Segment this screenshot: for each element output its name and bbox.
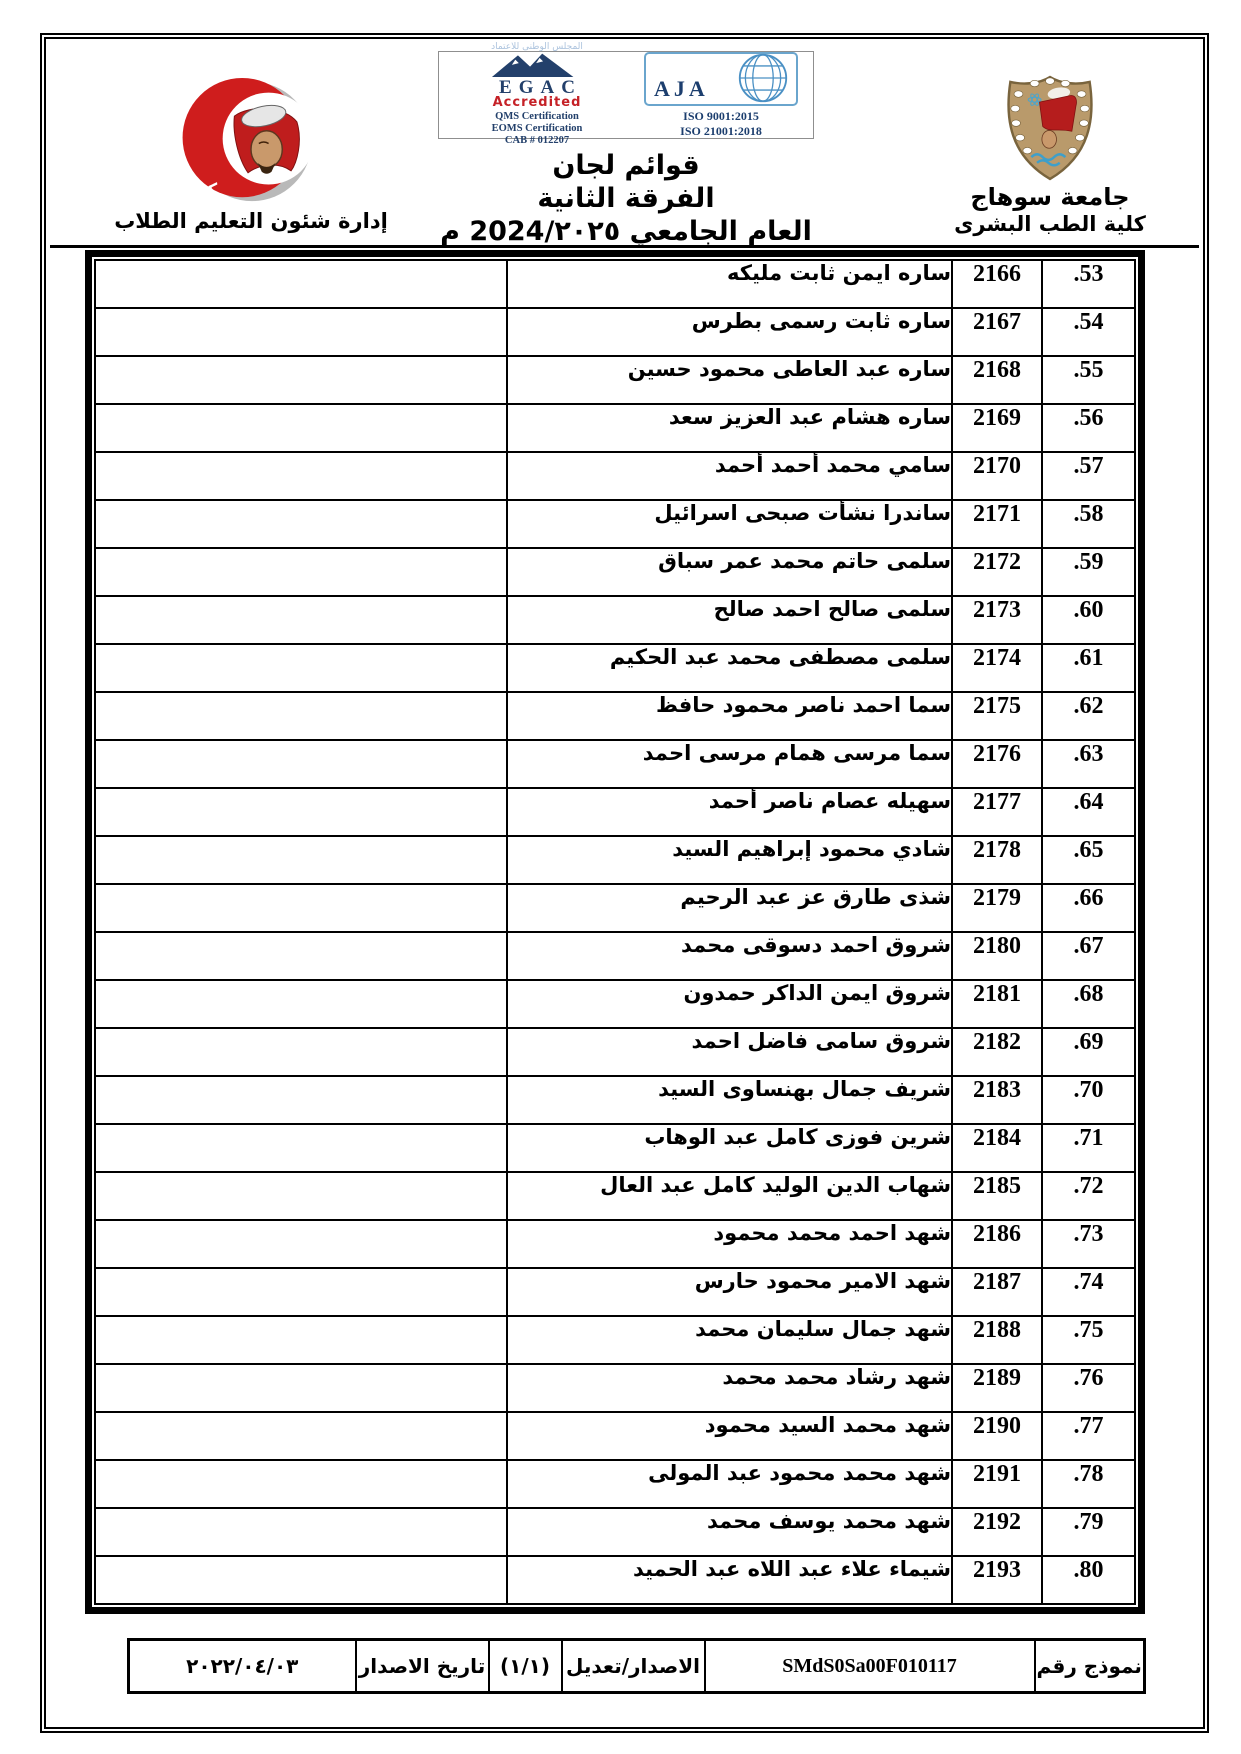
signature-cell: [95, 500, 507, 548]
student-name-cell: شروق سامى فاضل احمد: [507, 1028, 952, 1076]
form-info-table: نموذج رقم SMdS0Sa00F010117 الاصدار/تعديل…: [130, 1638, 1146, 1694]
student-row: .57 2170 سامي محمد أحمد أحمد: [95, 452, 1135, 500]
student-row: .76 2189 شهد رشاد محمد محمد: [95, 1364, 1135, 1412]
seat-number-cell: 2174: [952, 644, 1042, 692]
row-number-cell: .69: [1042, 1028, 1135, 1076]
seat-number-cell: 2170: [952, 452, 1042, 500]
row-number-cell: .70: [1042, 1076, 1135, 1124]
row-number-cell: .68: [1042, 980, 1135, 1028]
row-number-cell: .66: [1042, 884, 1135, 932]
student-name-cell: سلمى مصطفى محمد عبد الحكيم: [507, 644, 952, 692]
row-number-cell: .59: [1042, 548, 1135, 596]
signature-cell: [95, 356, 507, 404]
row-number-cell: .74: [1042, 1268, 1135, 1316]
row-number-cell: .61: [1042, 644, 1135, 692]
student-name-cell: سهيله عصام ناصر أحمد: [507, 788, 952, 836]
sohag-university-shield-icon: [991, 73, 1109, 183]
medicine-logo-block: جامعة سوهاج كلية الطب إدارة شئون التعليم…: [106, 77, 396, 233]
signature-cell: [95, 1076, 507, 1124]
seat-number-cell: 2180: [952, 932, 1042, 980]
seat-number-cell: 2184: [952, 1124, 1042, 1172]
students-table: .53 2166 ساره ايمن ثابت مليكه .54 2167 س…: [85, 250, 1145, 1614]
student-row: .80 2193 شيماء علاء عبد اللاه عبد الحميد: [95, 1556, 1135, 1604]
signature-cell: [95, 1364, 507, 1412]
student-row: .53 2166 ساره ايمن ثابت مليكه: [95, 260, 1135, 308]
student-row: .58 2171 ساندرا نشأت صبحى اسرائيل: [95, 500, 1135, 548]
row-number-cell: .55: [1042, 356, 1135, 404]
row-number-cell: .60: [1042, 596, 1135, 644]
student-name-cell: ساره ثابت رسمى بطرس: [507, 308, 952, 356]
student-row: .74 2187 شهد الامير محمود حارس: [95, 1268, 1135, 1316]
student-name-cell: شروق ايمن الداكر حمدون: [507, 980, 952, 1028]
student-row: .56 2169 ساره هشام عبد العزيز سعد: [95, 404, 1135, 452]
egac-cert-line-1: QMS Certification: [447, 111, 627, 123]
signature-cell: [95, 260, 507, 308]
university-name: جامعة سوهاج: [925, 183, 1175, 211]
student-row: .55 2168 ساره عبد العاطى محمود حسين: [95, 356, 1135, 404]
row-number-cell: .54: [1042, 308, 1135, 356]
seat-number-cell: 2187: [952, 1268, 1042, 1316]
seat-number-cell: 2193: [952, 1556, 1042, 1604]
student-name-cell: شهد رشاد محمد محمد: [507, 1364, 952, 1412]
row-number-cell: .80: [1042, 1556, 1135, 1604]
issue-date-label: تاريخ الاصدار: [356, 1640, 489, 1693]
row-number-cell: .78: [1042, 1460, 1135, 1508]
student-row: .54 2167 ساره ثابت رسمى بطرس: [95, 308, 1135, 356]
form-number-label: نموذج رقم: [1035, 1640, 1145, 1693]
egac-mountains-icon: [482, 51, 592, 77]
page-title-lists: قوائم لجان: [386, 149, 866, 182]
signature-cell: [95, 1412, 507, 1460]
seat-number-cell: 2179: [952, 884, 1042, 932]
seat-number-cell: 2172: [952, 548, 1042, 596]
student-name-cell: شهد احمد محمد محمود: [507, 1220, 952, 1268]
seat-number-cell: 2185: [952, 1172, 1042, 1220]
seat-number-cell: 2192: [952, 1508, 1042, 1556]
signature-cell: [95, 1268, 507, 1316]
header-divider-rule: [50, 245, 1199, 248]
student-name-cell: سما مرسى همام مرسى احمد: [507, 740, 952, 788]
student-row: .75 2188 شهد جمال سليمان محمد: [95, 1316, 1135, 1364]
student-row: .77 2190 شهد محمد السيد محمود: [95, 1412, 1135, 1460]
aja-globe-icon: [734, 52, 792, 104]
page-title-grade: الفرقة الثانية: [386, 182, 866, 215]
student-row: .64 2177 سهيله عصام ناصر أحمد: [95, 788, 1135, 836]
signature-cell: [95, 1316, 507, 1364]
seat-number-cell: 2175: [952, 692, 1042, 740]
row-number-cell: .62: [1042, 692, 1135, 740]
seat-number-cell: 2182: [952, 1028, 1042, 1076]
seat-number-cell: 2188: [952, 1316, 1042, 1364]
form-code: SMdS0Sa00F010117: [705, 1640, 1035, 1693]
student-name-cell: سامي محمد أحمد أحمد: [507, 452, 952, 500]
student-name-cell: شادي محمود إبراهيم السيد: [507, 836, 952, 884]
row-number-cell: .58: [1042, 500, 1135, 548]
signature-cell: [95, 452, 507, 500]
student-row: .71 2184 شرين فوزى كامل عبد الوهاب: [95, 1124, 1135, 1172]
student-name-cell: شذى طارق عز عبد الرحيم: [507, 884, 952, 932]
row-number-cell: .63: [1042, 740, 1135, 788]
signature-cell: [95, 548, 507, 596]
row-number-cell: .79: [1042, 1508, 1135, 1556]
student-name-cell: شهد جمال سليمان محمد: [507, 1316, 952, 1364]
signature-cell: [95, 884, 507, 932]
student-name-cell: شهد محمد يوسف محمد: [507, 1508, 952, 1556]
student-row: .63 2176 سما مرسى همام مرسى احمد: [95, 740, 1135, 788]
faculty-name: كلية الطب البشرى: [925, 211, 1175, 237]
seat-number-cell: 2176: [952, 740, 1042, 788]
seat-number-cell: 2178: [952, 836, 1042, 884]
signature-cell: [95, 1220, 507, 1268]
aja-iso-line-2: ISO 21001:2018: [637, 124, 805, 138]
aja-acronym: AJA: [654, 76, 709, 102]
row-number-cell: .72: [1042, 1172, 1135, 1220]
seat-number-cell: 2171: [952, 500, 1042, 548]
student-rows: .53 2166 ساره ايمن ثابت مليكه .54 2167 س…: [95, 260, 1135, 1604]
signature-cell: [95, 1028, 507, 1076]
seat-number-cell: 2186: [952, 1220, 1042, 1268]
seat-number-cell: 2191: [952, 1460, 1042, 1508]
header-center: المجلس الوطنى للاعتماد EGAC Accredited Q…: [386, 51, 866, 248]
seat-number-cell: 2189: [952, 1364, 1042, 1412]
page-frame: جامعة سوهاج كلية الطب إدارة شئون التعليم…: [40, 33, 1209, 1733]
egac-cert-line-3: CAB # 012207: [447, 135, 627, 147]
signature-cell: [95, 644, 507, 692]
student-row: .59 2172 سلمى حاتم محمد عمر سباق: [95, 548, 1135, 596]
egac-accreditation-logo: المجلس الوطنى للاعتماد EGAC Accredited Q…: [447, 43, 627, 147]
student-name-cell: ساره هشام عبد العزيز سعد: [507, 404, 952, 452]
signature-cell: [95, 1460, 507, 1508]
seat-number-cell: 2166: [952, 260, 1042, 308]
row-number-cell: .65: [1042, 836, 1135, 884]
page-titles: قوائم لجان الفرقة الثانية العام الجامعي …: [386, 149, 866, 248]
seat-number-cell: 2181: [952, 980, 1042, 1028]
student-name-cell: سلمى حاتم محمد عمر سباق: [507, 548, 952, 596]
student-name-cell: شرين فوزى كامل عبد الوهاب: [507, 1124, 952, 1172]
student-name-cell: ساندرا نشأت صبحى اسرائيل: [507, 500, 952, 548]
seat-number-cell: 2183: [952, 1076, 1042, 1124]
student-name-cell: سلمى صالح احمد صالح: [507, 596, 952, 644]
student-row: .70 2183 شريف جمال بهنساوى السيد: [95, 1076, 1135, 1124]
student-row: .67 2180 شروق احمد دسوقى محمد: [95, 932, 1135, 980]
signature-cell: [95, 1556, 507, 1604]
student-row: .61 2174 سلمى مصطفى محمد عبد الحكيم: [95, 644, 1135, 692]
student-name-cell: شريف جمال بهنساوى السيد: [507, 1076, 952, 1124]
row-number-cell: .64: [1042, 788, 1135, 836]
student-row: .69 2182 شروق سامى فاضل احمد: [95, 1028, 1135, 1076]
row-number-cell: .57: [1042, 452, 1135, 500]
department-caption: إدارة شئون التعليم الطلاب: [106, 209, 396, 233]
student-name-cell: شهد محمد محمود عبد المولى: [507, 1460, 952, 1508]
signature-cell: [95, 836, 507, 884]
student-name-cell: ساره عبد العاطى محمود حسين: [507, 356, 952, 404]
egac-council-arc-text: المجلس الوطنى للاعتماد: [447, 43, 627, 52]
student-row: .72 2185 شهاب الدين الوليد كامل عبد العا…: [95, 1172, 1135, 1220]
student-row: .60 2173 سلمى صالح احمد صالح: [95, 596, 1135, 644]
row-number-cell: .53: [1042, 260, 1135, 308]
signature-cell: [95, 308, 507, 356]
crescent-logo-bottom-text: كلية الطب: [148, 180, 220, 207]
student-name-cell: شهاب الدين الوليد كامل عبد العال: [507, 1172, 952, 1220]
document-page: { "header": { "university_block": { "uni…: [0, 0, 1241, 1754]
row-number-cell: .67: [1042, 932, 1135, 980]
student-row: .66 2179 شذى طارق عز عبد الرحيم: [95, 884, 1135, 932]
page-title-academic-year: العام الجامعي 2024/٢٠٢٥ م: [386, 215, 866, 248]
signature-cell: [95, 1172, 507, 1220]
student-name-cell: شيماء علاء عبد اللاه عبد الحميد: [507, 1556, 952, 1604]
row-number-cell: .77: [1042, 1412, 1135, 1460]
student-row: .62 2175 سما احمد ناصر محمود حافظ: [95, 692, 1135, 740]
signature-cell: [95, 1124, 507, 1172]
revision-value: (١/١): [489, 1640, 562, 1693]
seat-number-cell: 2168: [952, 356, 1042, 404]
signature-cell: [95, 788, 507, 836]
student-row: .73 2186 شهد احمد محمد محمود: [95, 1220, 1135, 1268]
student-row: .79 2192 شهد محمد يوسف محمد: [95, 1508, 1135, 1556]
student-name-cell: سما احمد ناصر محمود حافظ: [507, 692, 952, 740]
signature-cell: [95, 596, 507, 644]
aja-accreditation-logo: AJA ISO 9001:2015 ISO 21001:2018: [637, 52, 805, 138]
signature-cell: [95, 980, 507, 1028]
seat-number-cell: 2190: [952, 1412, 1042, 1460]
seat-number-cell: 2177: [952, 788, 1042, 836]
student-row: .65 2178 شادي محمود إبراهيم السيد: [95, 836, 1135, 884]
seat-number-cell: 2169: [952, 404, 1042, 452]
egac-cert-line-2: EOMS Certification: [447, 123, 627, 135]
row-number-cell: .73: [1042, 1220, 1135, 1268]
signature-cell: [95, 404, 507, 452]
student-name-cell: شهد الامير محمود حارس: [507, 1268, 952, 1316]
student-name-cell: شروق احمد دسوقى محمد: [507, 932, 952, 980]
signature-cell: [95, 692, 507, 740]
university-block: جامعة سوهاج كلية الطب البشرى: [925, 73, 1175, 237]
crescent-logo-top-text: جامعة سوهاج: [148, 103, 183, 165]
student-row: .68 2181 شروق ايمن الداكر حمدون: [95, 980, 1135, 1028]
seat-number-cell: 2167: [952, 308, 1042, 356]
row-number-cell: .71: [1042, 1124, 1135, 1172]
row-number-cell: .75: [1042, 1316, 1135, 1364]
accreditation-box: المجلس الوطنى للاعتماد EGAC Accredited Q…: [438, 51, 814, 139]
faculty-of-medicine-crescent-logo-icon: جامعة سوهاج كلية الطب: [148, 77, 354, 207]
egac-accredited-label: Accredited: [447, 96, 627, 109]
signature-cell: [95, 932, 507, 980]
signature-cell: [95, 740, 507, 788]
seat-number-cell: 2173: [952, 596, 1042, 644]
row-number-cell: .76: [1042, 1364, 1135, 1412]
revision-label: الاصدار/تعديل: [562, 1640, 705, 1693]
signature-cell: [95, 1508, 507, 1556]
student-name-cell: شهد محمد السيد محمود: [507, 1412, 952, 1460]
issue-date-value: ٢٠٢٢/٠٤/٠٣: [129, 1640, 356, 1693]
student-row: .78 2191 شهد محمد محمود عبد المولى: [95, 1460, 1135, 1508]
aja-iso-line-1: ISO 9001:2015: [637, 109, 805, 123]
student-name-cell: ساره ايمن ثابت مليكه: [507, 260, 952, 308]
form-info-row: نموذج رقم SMdS0Sa00F010117 الاصدار/تعديل…: [129, 1640, 1145, 1693]
row-number-cell: .56: [1042, 404, 1135, 452]
